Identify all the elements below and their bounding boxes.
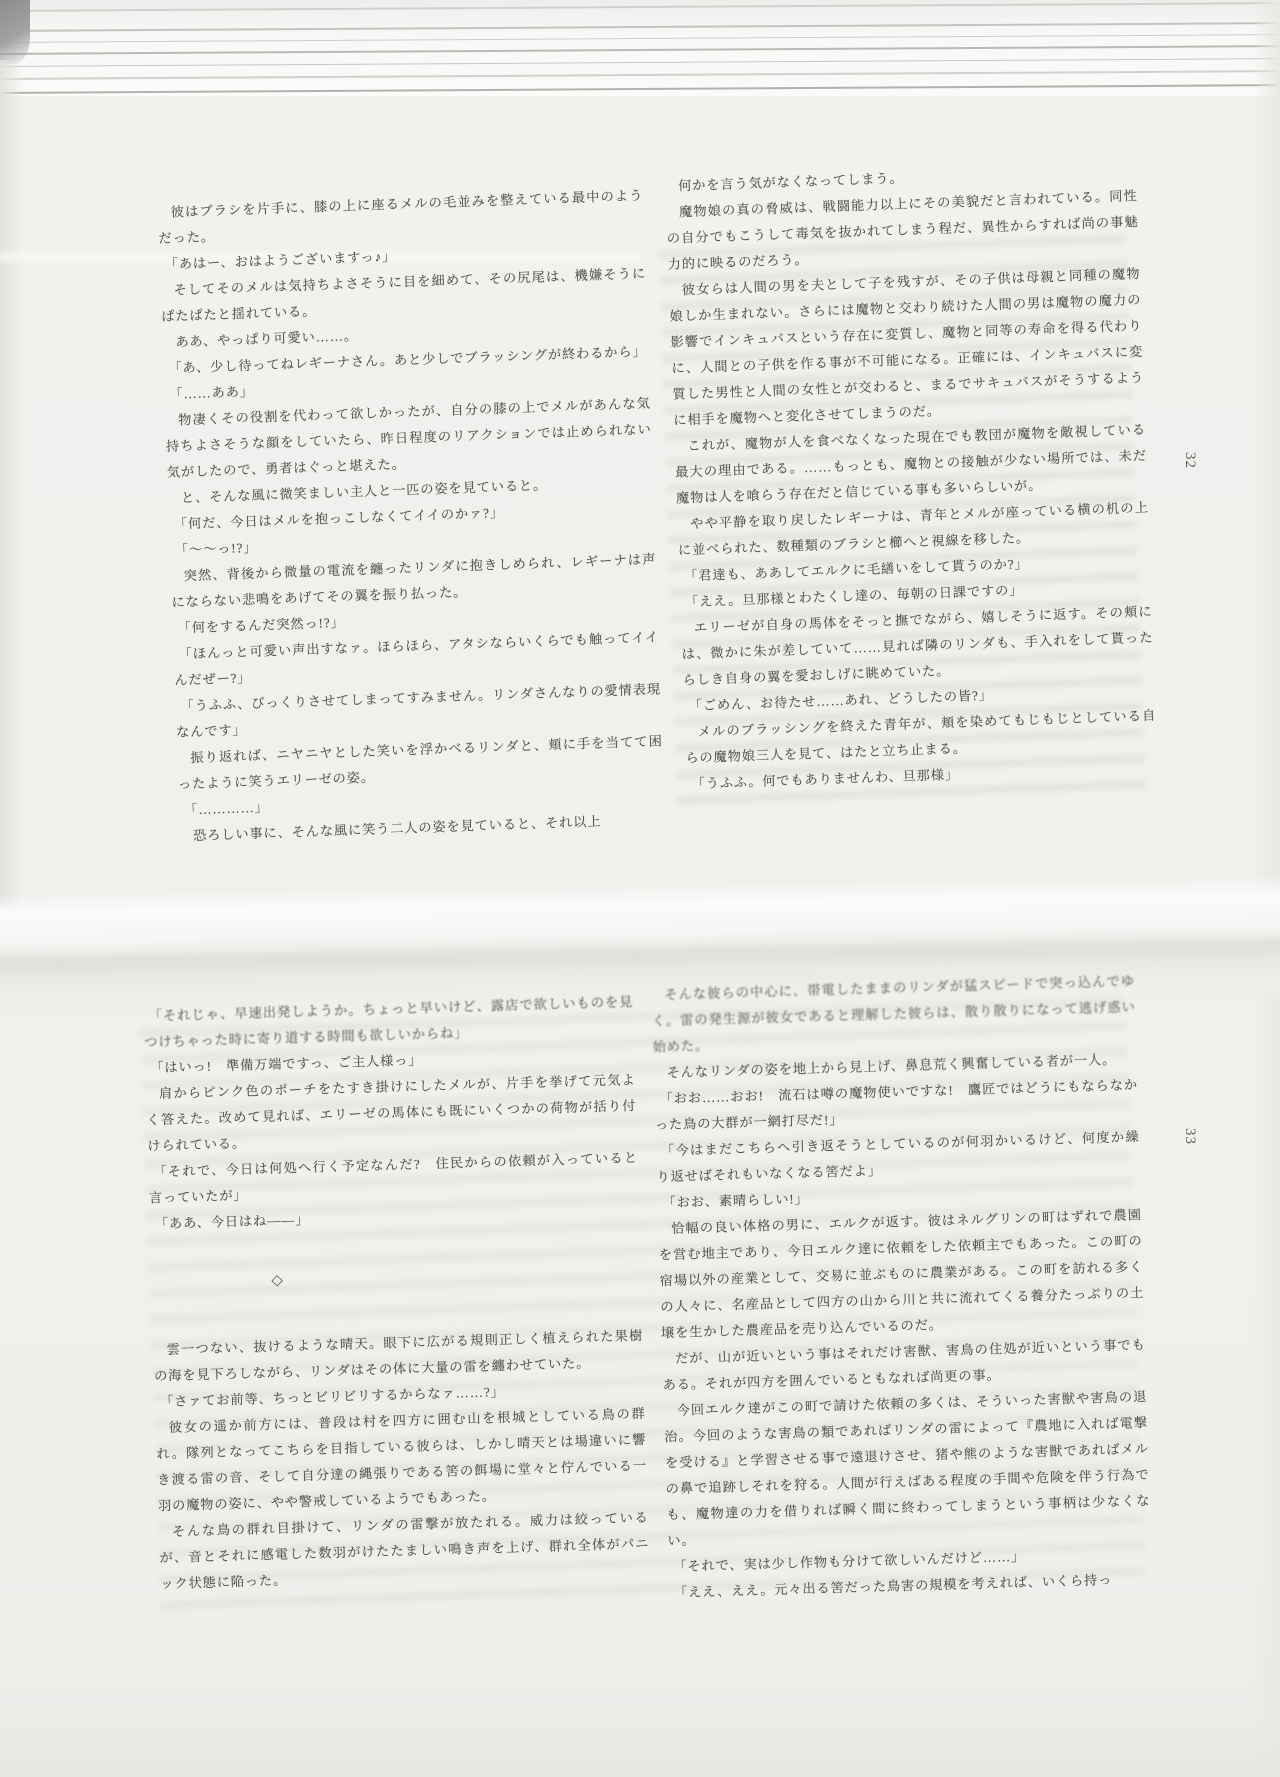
- paragraph: 肩からピンク色のポーチをたすき掛けにしたメルが、片手を挙げて元気よく答えた。改め…: [145, 1067, 637, 1160]
- paragraph: 彼女らは人間の男を夫として子を残すが、その子供は母親と同種の魔物娘しか生まれない…: [668, 261, 1145, 434]
- page-edge-line: [0, 34, 1280, 43]
- section-divider-diamond: ◇: [271, 1257, 642, 1294]
- scanned-book-spread: 彼はブラシを片手に、膝の上に座るメルの毛並みを整えている最中のようだった。「あは…: [0, 0, 1280, 1777]
- page-32: 彼はブラシを片手に、膝の上に座るメルの毛並みを整えている最中のようだった。「あは…: [0, 72, 1280, 917]
- corner-shadow: [0, 0, 30, 64]
- page-edge-line: [0, 2, 1280, 12]
- page-number-33: 33: [1176, 1128, 1198, 1150]
- page-32-right-column: 何かを言う気がなくなってしまう。魔物娘の真の脅威は、戦闘能力以上にその美貌だと言…: [665, 157, 1159, 797]
- paragraph: 彼女の遥か前方には、普段は村を四方に囲む山を根城としている鳥の群れ。隊列となって…: [155, 1401, 648, 1519]
- paragraph: 恰幅の良い体格の男に、エルクが返す。彼はネルグリンの町はずれで農園を営む地主であ…: [658, 1202, 1146, 1346]
- bottom-edge-shading: [0, 1707, 1280, 1777]
- page-edge-line: [0, 45, 1280, 55]
- page-edge-line: [0, 22, 1280, 32]
- paragraph: そんな鳥の群れ目掛けて、リンダの雷撃が放たれる。威力は絞っているが、音とそれに感…: [158, 1505, 650, 1598]
- page-number-32: 32: [1176, 452, 1198, 474]
- paragraph: 今回エルク達がこの町で請けた依頼の多くは、そういった害獣や害鳥の退治。今回のよう…: [663, 1384, 1151, 1554]
- page-33: 「それじゃ、早速出発しようか。ちょっと早いけど、露店で欲しいものを見つけちゃった…: [0, 956, 1280, 1704]
- page-33-left-column: 「それじゃ、早速出発しようか。ちょっと早いけど、露店で欲しいものを見つけちゃった…: [143, 989, 650, 1597]
- page-33-left-column-part2: 雲一つない、抜けるような晴天。眼下に広がる規則正しく植えられた果樹の海を見下ろし…: [153, 1323, 650, 1597]
- page-32-left-column: 彼はブラシを片手に、膝の上に座るメルの毛並みを整えている最中のようだった。「あは…: [157, 183, 666, 850]
- paragraph: そんな彼らの中心に、帯電したままのリンダが猛スピードで突っ込んでゆく。雷の発生源…: [651, 968, 1137, 1060]
- page-edge-line: [0, 58, 1280, 67]
- page-33-right-column: そんな彼らの中心に、帯電したままのリンダが猛スピードで突っ込んでゆく。雷の発生源…: [651, 968, 1153, 1606]
- page-33-left-column-part1: 「それじゃ、早速出発しようか。ちょっと早いけど、露店で欲しいものを見つけちゃった…: [143, 989, 640, 1237]
